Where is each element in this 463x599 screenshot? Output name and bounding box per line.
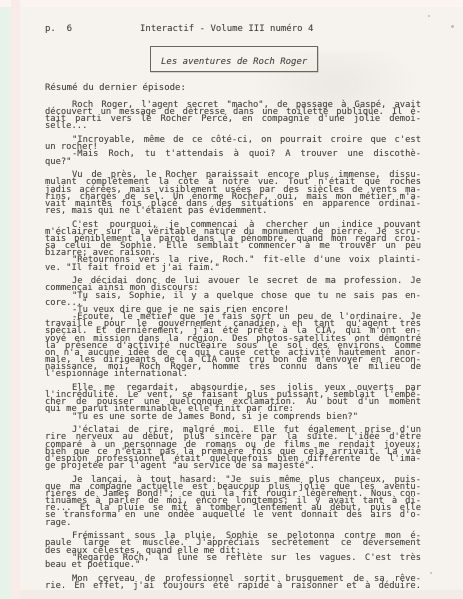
text-line: que?": [45, 159, 421, 166]
text-line: l'espionnage international.: [45, 371, 421, 378]
section-heading: Résumé du dernier épisode:: [45, 83, 186, 93]
text-line: ge projetée par l'agent "au service de s…: [45, 463, 421, 470]
text-line: res, mais qui ne l'étaient pas évidemmen…: [45, 208, 421, 215]
text-block: Elle me regardait, abasourdie, ses jolis…: [45, 385, 421, 421]
scan-speck: [428, 15, 430, 17]
text-line: "Tu es une sorte de James Bond, si je co…: [45, 414, 421, 421]
scan-top-edge: [0, 0, 463, 7]
text-line: tait parti vers le Rocher Percé, en comp…: [45, 116, 421, 123]
text-line: "Incroyable, même de ce côté-ci, on pour…: [45, 137, 421, 144]
text-line: ve. "Il fait froid et j'ai faim.": [45, 265, 421, 272]
journal-title: Interactif - Volume III numéro 4: [140, 24, 313, 34]
page-number: p. 6: [45, 24, 72, 34]
text-line: beau et poétique.": [45, 562, 421, 569]
text-line: -Mais Roch, tu t'attendais à quoi? A tro…: [45, 151, 421, 158]
text-block: Mon cerveau de professionnel sortit brus…: [45, 576, 421, 590]
story-title: Les aventures de Roch Roger: [161, 57, 307, 67]
text-block: Je décidai donc de lui avouer le secret …: [45, 278, 421, 378]
text-block: Je lançai, à tout hasard: "Je suis même …: [45, 477, 421, 527]
story-title-box: Les aventures de Roch Roger: [150, 46, 318, 72]
text-block: C'est pourquoi, je commencai à chercher …: [45, 222, 421, 272]
text-block: Vu de près, le Rocher paraissait encore …: [45, 172, 421, 215]
text-block: J'éclatai de rire, malgré moi. Elle fut …: [45, 427, 421, 470]
text-line: "Tu sais, Sophie, il y a quelque chose q…: [45, 293, 421, 300]
article-body: Roch Roger, l'agent secret "macho", de p…: [45, 102, 421, 596]
text-block: Frémissant sous la pluie, Sophie se pelo…: [45, 533, 421, 569]
text-block: "Incroyable, même de ce côté-ci, on pour…: [45, 137, 421, 166]
scan-speck: [430, 572, 432, 574]
text-line: selle...: [45, 123, 421, 130]
text-block: Roch Roger, l'agent secret "macho", de p…: [45, 102, 421, 131]
text-line: rie. En effet, j'ai toujours été rapide …: [45, 583, 421, 590]
scan-edge-strip-pink: [11, 0, 20, 599]
scan-speck: [451, 25, 454, 28]
scanned-page: p. 6 Interactif - Volume III numéro 4 Le…: [0, 0, 463, 599]
text-line: rage.: [45, 520, 421, 527]
text-line: se transforma en une ondée auquelle le v…: [45, 512, 421, 519]
scan-edge-strip-green: [0, 7, 11, 599]
